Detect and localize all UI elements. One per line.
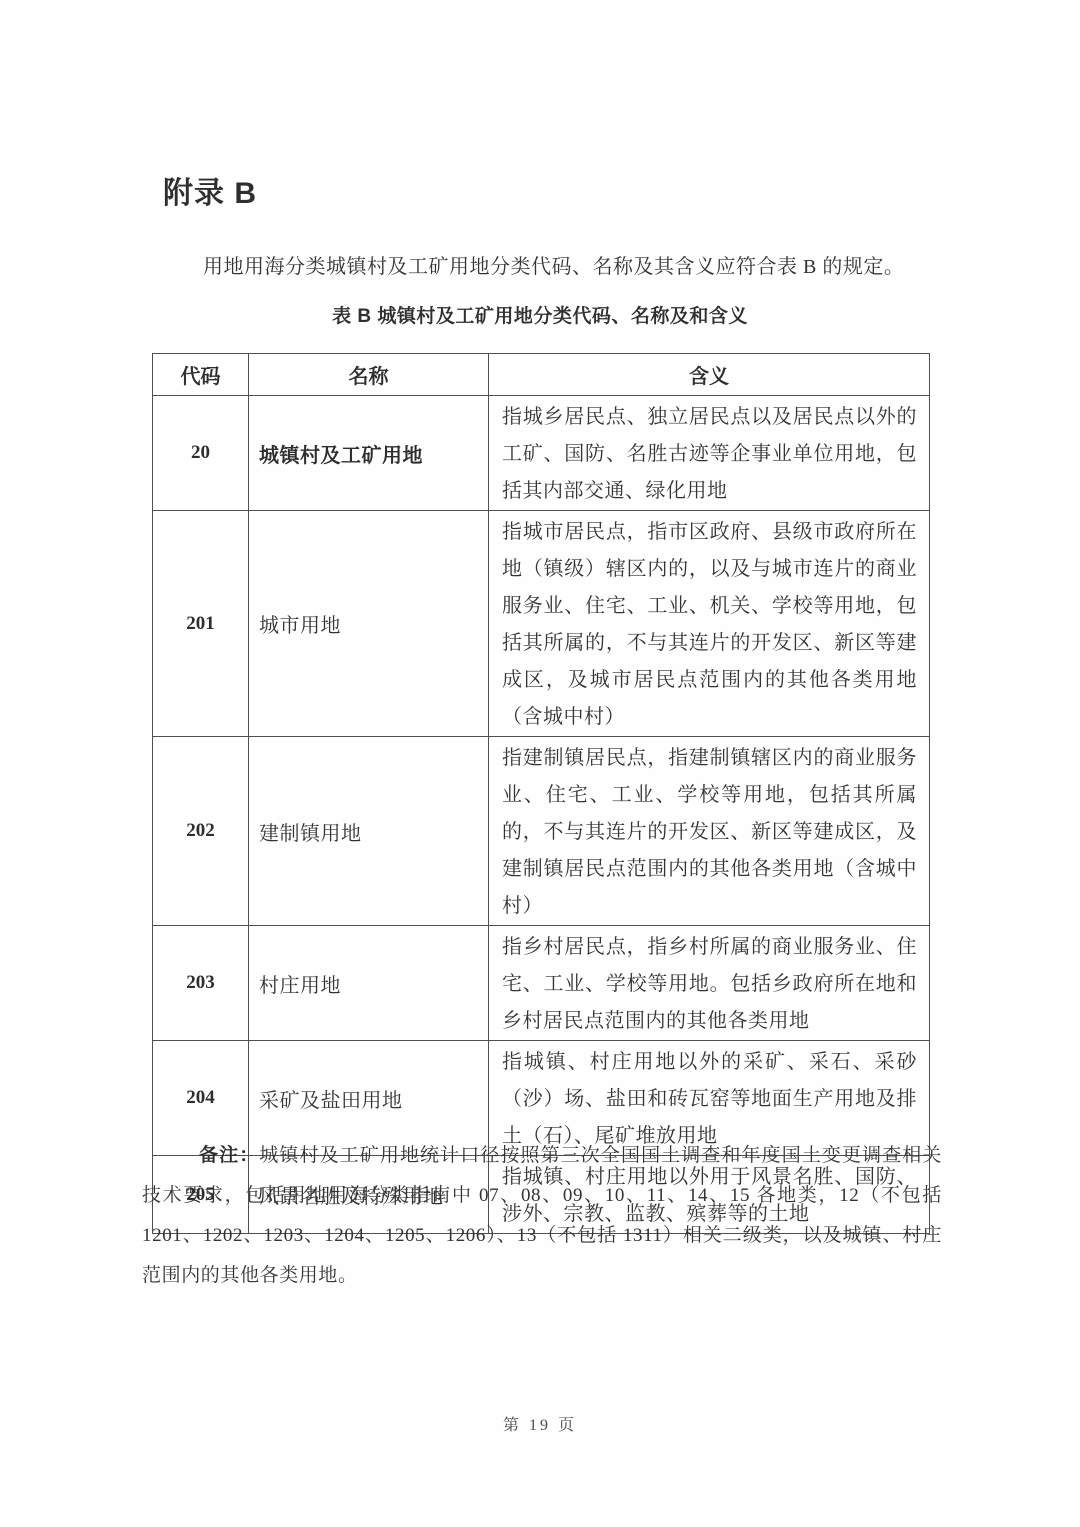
header-meaning: 含义 [489, 354, 930, 396]
row-meaning: 指建制镇居民点，指建制镇辖区内的商业服务业、住宅、工业、学校等用地，包括其所属的… [489, 737, 930, 926]
table-footnote: 备注：城镇村及工矿用地统计口径按照第三次全国国土调查和年度国土变更调查相关技术要… [142, 1136, 942, 1296]
row-name: 村庄用地 [249, 926, 489, 1041]
row-name: 建制镇用地 [249, 737, 489, 926]
table-row: 202 建制镇用地 指建制镇居民点，指建制镇辖区内的商业服务业、住宅、工业、学校… [153, 737, 930, 926]
table-row: 20 城镇村及工矿用地 指城乡居民点、独立居民点以及居民点以外的工矿、国防、名胜… [153, 396, 930, 511]
document-page: 附录 B 用地用海分类城镇村及工矿用地分类代码、名称及其含义应符合表 B 的规定… [0, 0, 1080, 1527]
table-row: 203 村庄用地 指乡村居民点，指乡村所属的商业服务业、住宅、工业、学校等用地。… [153, 926, 930, 1041]
row-code: 201 [153, 511, 249, 737]
intro-paragraph: 用地用海分类城镇村及工矿用地分类代码、名称及其含义应符合表 B 的规定。 [163, 252, 943, 282]
row-name: 城镇村及工矿用地 [249, 396, 489, 511]
page-number: 第 19 页 [0, 1412, 1080, 1435]
row-meaning: 指乡村居民点，指乡村所属的商业服务业、住宅、工业、学校等用地。包括乡政府所在地和… [489, 926, 930, 1041]
land-classification-table: 代码 名称 含义 20 城镇村及工矿用地 指城乡居民点、独立居民点以及居民点以外… [152, 353, 930, 1234]
table-row: 201 城市用地 指城市居民点，指市区政府、县级市政府所在地（镇级）辖区内的，以… [153, 511, 930, 737]
header-name: 名称 [249, 354, 489, 396]
footnote-label: 备注： [199, 1145, 259, 1166]
row-code: 203 [153, 926, 249, 1041]
row-name: 城市用地 [249, 511, 489, 737]
row-meaning: 指城乡居民点、独立居民点以及居民点以外的工矿、国防、名胜古迹等企事业单位用地，包… [489, 396, 930, 511]
appendix-title: 附录 B [163, 168, 257, 212]
row-code: 20 [153, 396, 249, 511]
header-code: 代码 [153, 354, 249, 396]
row-meaning: 指城市居民点，指市区政府、县级市政府所在地（镇级）辖区内的，以及与城市连片的商业… [489, 511, 930, 737]
table-header-row: 代码 名称 含义 [153, 354, 930, 396]
footnote-text: 城镇村及工矿用地统计口径按照第三次全国国土调查和年度国土变更调查相关技术要求，包… [142, 1145, 942, 1286]
row-code: 202 [153, 737, 249, 926]
table-caption: 表 B 城镇村及工矿用地分类代码、名称及和含义 [152, 301, 928, 328]
